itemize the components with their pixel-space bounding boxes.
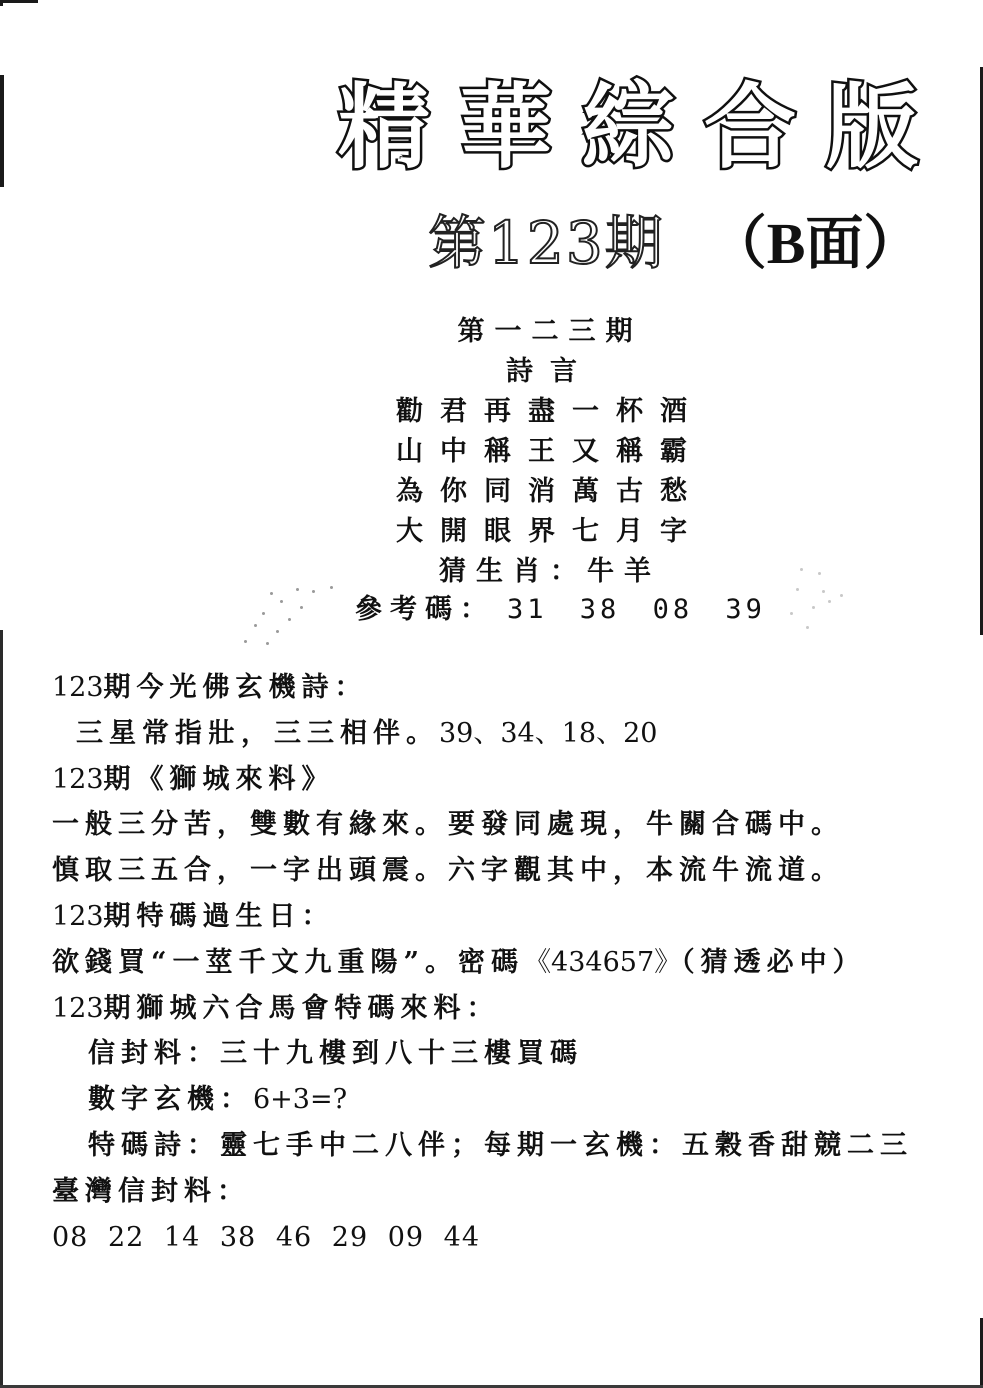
line-note: （猜透必中） xyxy=(681,947,866,978)
item-label: 數字玄機： xyxy=(88,1084,253,1115)
line-text: 慎取三五合，一字出頭震。六字觀其中，本流牛流道。 xyxy=(52,855,844,886)
number: 20 xyxy=(623,718,657,749)
separator: 、 xyxy=(535,718,562,749)
separator: 、 xyxy=(596,718,623,749)
number: 14 xyxy=(164,1222,200,1253)
reference-numbers: 參考碼：31 38 08 39 xyxy=(355,590,766,630)
issue-heading: 第 123 期 （B面） xyxy=(428,208,921,279)
number: 18 xyxy=(562,718,596,749)
section-heading: 123期今光佛玄機詩： xyxy=(52,665,962,711)
number: 46 xyxy=(276,1222,312,1253)
number: 09 xyxy=(388,1222,424,1253)
issue-suffix: 期 xyxy=(605,208,665,278)
section-item: 數字玄機：6+3=? xyxy=(52,1077,962,1123)
section-item: 信封料：三十九樓到八十三樓買碼 xyxy=(52,1031,962,1077)
line-text: 一般三分苦，雙數有緣來。要發同處現，牛關合碼中。 xyxy=(52,809,844,840)
section-title: 期獅城六合馬會特碼來料： xyxy=(104,993,500,1024)
section-title: 臺灣信封料： xyxy=(52,1176,250,1207)
issue-prefix: 第 xyxy=(428,208,488,278)
number: 34 xyxy=(500,718,534,749)
number: 38 xyxy=(220,1222,256,1253)
poem-line: 為你同消萬古愁 xyxy=(330,472,770,512)
poem-issue-label: 第一二三期 xyxy=(330,312,770,352)
section-line: 欲錢買“一莖千文九重陽”。密碼《434657》（猜透必中） xyxy=(52,940,962,986)
section-heading: 123期獅城六合馬會特碼來料： xyxy=(52,986,962,1032)
ref-number: 39 xyxy=(725,594,766,625)
issue-ref: 123 xyxy=(52,993,104,1024)
section-line: 三星常指壯，三三相伴。39、34、18、20 xyxy=(52,711,962,757)
number: 39 xyxy=(439,718,473,749)
section-title: 期今光佛玄機詩： xyxy=(104,672,368,703)
page-edge-left-upper xyxy=(0,75,4,187)
item-label: 特碼詩： xyxy=(88,1130,220,1161)
section-line: 一般三分苦，雙數有緣來。要發同處現，牛關合碼中。 xyxy=(52,802,962,848)
section-item: 特碼詩：靈七手中二八伴；每期一玄機：五穀香甜競二三 xyxy=(52,1123,962,1169)
item-value: 靈七手中二八伴；每期一玄機：五穀香甜競二三 xyxy=(220,1130,913,1161)
section-line: 慎取三五合，一字出頭震。六字觀其中，本流牛流道。 xyxy=(52,848,962,894)
section-heading: 臺灣信封料： xyxy=(52,1169,962,1215)
item-value: 三十九樓到八十三樓買碼 xyxy=(220,1038,583,1069)
separator: 、 xyxy=(473,718,500,749)
issue-number: 123 xyxy=(488,208,605,278)
zodiac-guess: 猜生肖：牛羊 xyxy=(330,552,770,592)
poem-block: 第一二三期 詩言 勸君再盡一杯酒 山中稱王又稱霸 為你同消萬古愁 大開眼界七月字… xyxy=(330,312,770,592)
page-edge-left-lower xyxy=(0,630,3,1388)
zodiac-value: 牛羊 xyxy=(587,556,661,587)
side-label: （B面） xyxy=(709,209,922,279)
ref-number: 08 xyxy=(653,594,694,625)
poem-line: 山中稱王又稱霸 xyxy=(330,432,770,472)
page-edge-top-left xyxy=(0,0,38,3)
poem-line: 大開眼界七月字 xyxy=(330,512,770,552)
line-text: 欲錢買“一莖千文九重陽”。密碼 xyxy=(52,947,524,978)
ref-number: 38 xyxy=(580,594,621,625)
issue-ref: 123 xyxy=(52,672,104,703)
content-body: 123期今光佛玄機詩： 三星常指壯，三三相伴。39、34、18、20 123期《… xyxy=(52,665,962,1260)
masthead-title: 精華綜合版 xyxy=(338,78,958,178)
ref-number: 31 xyxy=(507,594,548,625)
item-label: 信封料： xyxy=(88,1038,220,1069)
section-title: 期特碼過生日： xyxy=(104,901,335,932)
zodiac-label: 猜生肖： xyxy=(439,556,587,587)
section-heading: 123期特碼過生日： xyxy=(52,894,962,940)
line-text: 三星常指壯，三三相伴。 xyxy=(76,718,439,749)
ref-number-list: 31 38 08 39 xyxy=(507,594,766,625)
poem-heading: 詩言 xyxy=(330,352,770,392)
item-value: 6+3=? xyxy=(253,1084,347,1115)
number: 44 xyxy=(444,1222,480,1253)
section-title: 期《獅城來料》 xyxy=(104,764,335,795)
issue-ref: 123 xyxy=(52,901,104,932)
ref-label: 參考碼： xyxy=(355,594,495,625)
number: 22 xyxy=(108,1222,144,1253)
page-edge-corner xyxy=(0,0,3,6)
section-heading: 123期《獅城來料》 xyxy=(52,757,962,803)
poem-line: 勸君再盡一杯酒 xyxy=(330,392,770,432)
number: 08 xyxy=(52,1222,88,1253)
number-list: 08 22 14 38 46 29 09 44 xyxy=(52,1215,962,1261)
number: 29 xyxy=(332,1222,368,1253)
secret-code: 《434657》 xyxy=(524,947,681,978)
issue-ref: 123 xyxy=(52,764,104,795)
